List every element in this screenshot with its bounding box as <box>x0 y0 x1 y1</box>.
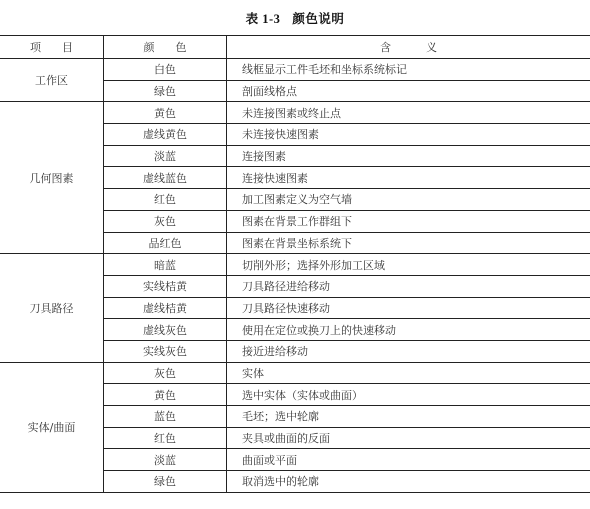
header-item: 项 目 <box>0 36 104 59</box>
meaning-cell: 线框显示工件毛坯和坐标系统标记 <box>227 59 590 81</box>
table-row: 工作区 白色 线框显示工件毛坯和坐标系统标记 <box>0 59 590 81</box>
table-title: 颜色说明 <box>292 11 344 26</box>
meaning-cell: 刀具路径快速移动 <box>227 297 590 319</box>
meaning-cell: 取消选中的轮廓 <box>227 471 590 493</box>
meaning-cell: 使用在定位或换刀上的快速移动 <box>227 319 590 341</box>
color-cell: 白色 <box>104 59 227 81</box>
color-cell: 品红色 <box>104 232 227 254</box>
color-cell: 灰色 <box>104 210 227 232</box>
meaning-cell: 图素在背景工作群组下 <box>227 210 590 232</box>
color-cell: 淡蓝 <box>104 449 227 471</box>
color-cell: 蓝色 <box>104 406 227 428</box>
header-meaning: 含 义 <box>227 36 590 59</box>
meaning-cell: 连接快速图素 <box>227 167 590 189</box>
group-label-workspace: 工作区 <box>0 59 104 102</box>
color-cell: 暗蓝 <box>104 254 227 276</box>
meaning-cell: 连接图素 <box>227 145 590 167</box>
meaning-cell: 接近进给移动 <box>227 340 590 362</box>
color-cell: 实线灰色 <box>104 340 227 362</box>
meaning-cell: 未连接快速图素 <box>227 124 590 146</box>
table-row: 几何图素 黄色 未连接图素或终止点 <box>0 102 590 124</box>
color-cell: 绿色 <box>104 471 227 493</box>
meaning-cell: 切削外形；选择外形加工区域 <box>227 254 590 276</box>
color-cell: 灰色 <box>104 362 227 384</box>
table-row: 实体/曲面 灰色 实体 <box>0 362 590 384</box>
color-legend-table: 项 目 颜 色 含 义 工作区 白色 线框显示工件毛坯和坐标系统标记 绿色 剖面… <box>0 35 590 493</box>
meaning-cell: 图素在背景坐标系统下 <box>227 232 590 254</box>
group-label-toolpath: 刀具路径 <box>0 254 104 362</box>
table-header-row: 项 目 颜 色 含 义 <box>0 36 590 59</box>
group-label-solid-surface: 实体/曲面 <box>0 362 104 492</box>
meaning-cell: 刀具路径进给移动 <box>227 275 590 297</box>
meaning-cell: 剖面线格点 <box>227 80 590 102</box>
table-number: 表 1-3 <box>246 12 281 26</box>
meaning-cell: 毛坯；选中轮廓 <box>227 406 590 428</box>
meaning-cell: 未连接图素或终止点 <box>227 102 590 124</box>
color-cell: 实线桔黄 <box>104 275 227 297</box>
meaning-cell: 选中实体（实体或曲面） <box>227 384 590 406</box>
table-row: 刀具路径 暗蓝 切削外形；选择外形加工区域 <box>0 254 590 276</box>
color-cell: 虚线桔黄 <box>104 297 227 319</box>
group-label-geometry: 几何图素 <box>0 102 104 254</box>
table-caption: 表 1-3颜色说明 <box>0 9 590 27</box>
color-cell: 淡蓝 <box>104 145 227 167</box>
color-cell: 虚线蓝色 <box>104 167 227 189</box>
meaning-cell: 实体 <box>227 362 590 384</box>
meaning-cell: 夹具或曲面的反面 <box>227 427 590 449</box>
color-cell: 虚线灰色 <box>104 319 227 341</box>
meaning-cell: 曲面或平面 <box>227 449 590 471</box>
color-cell: 虚线黄色 <box>104 124 227 146</box>
color-cell: 绿色 <box>104 80 227 102</box>
meaning-cell: 加工图素定义为空气墙 <box>227 189 590 211</box>
header-color: 颜 色 <box>104 36 227 59</box>
color-cell: 红色 <box>104 427 227 449</box>
color-cell: 黄色 <box>104 102 227 124</box>
color-cell: 红色 <box>104 189 227 211</box>
color-cell: 黄色 <box>104 384 227 406</box>
